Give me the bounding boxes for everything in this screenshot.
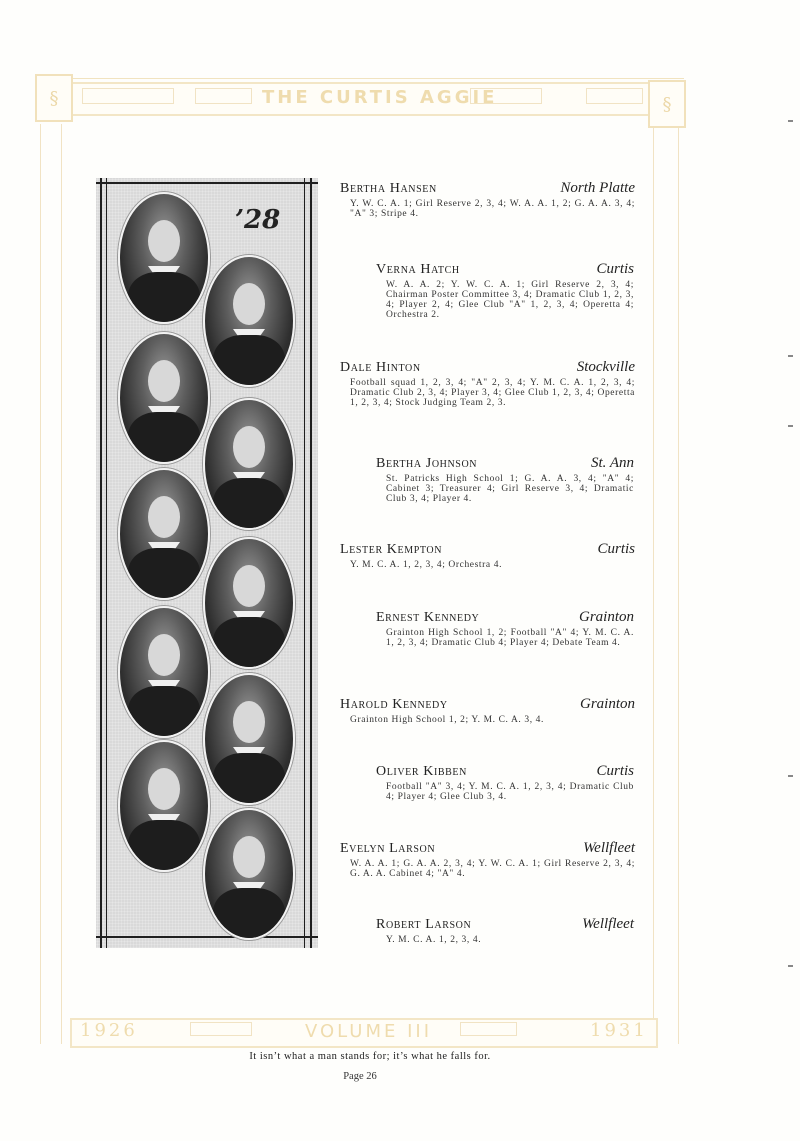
portrait-lester-kempton <box>118 468 210 600</box>
banner-slot <box>470 88 542 104</box>
senior-activities: W. A. A. 1; G. A. A. 2, 3, 4; Y. W. C. A… <box>350 859 635 879</box>
senior-entry: Bertha JohnsonSt. Ann St. Patricks High … <box>376 455 634 504</box>
senior-name: Harold Kennedy <box>340 697 448 713</box>
senior-hometown: St. Ann <box>591 455 634 472</box>
senior-activities: Grainton High School 1, 2; Y. M. C. A. 3… <box>350 715 635 725</box>
senior-hometown: Curtis <box>596 261 634 278</box>
senior-entry: Bertha HansenNorth Platte Y. W. C. A. 1;… <box>340 180 635 219</box>
portrait-robert-larson <box>203 808 295 940</box>
senior-entry: Ernest KennedyGrainton Grainton High Sch… <box>376 609 634 648</box>
monogram-medallion-left: § <box>35 74 73 122</box>
monogram-medallion-right: § <box>648 80 686 128</box>
portrait-verna-hatch <box>203 255 295 387</box>
senior-activities: Football squad 1, 2, 3, 4; "A" 2, 3, 4; … <box>350 378 635 408</box>
footer-quote: It isn’t what a man stands for; it’s wha… <box>0 1051 740 1062</box>
senior-activities: Y. M. C. A. 1, 2, 3, 4; Orchestra 4. <box>350 560 635 570</box>
senior-entry: Lester KemptonCurtis Y. M. C. A. 1, 2, 3… <box>340 541 635 570</box>
senior-entry: Dale HintonStockville Football squad 1, … <box>340 359 635 408</box>
senior-activities: Grainton High School 1, 2; Football "A" … <box>386 628 634 648</box>
scan-edge-mark <box>788 965 793 967</box>
senior-entry: Harold KennedyGrainton Grainton High Sch… <box>340 696 635 725</box>
senior-hometown: Grainton <box>579 609 634 626</box>
banner-slot <box>82 88 174 104</box>
senior-activities: Y. M. C. A. 1, 2, 3, 4. <box>386 935 634 945</box>
banner-slot <box>586 88 643 104</box>
portrait-evelyn-larson <box>118 740 210 872</box>
portrait-dale-hinton <box>118 332 210 464</box>
senior-entry: Robert LarsonWellfleet Y. M. C. A. 1, 2,… <box>376 916 634 945</box>
panel-rule <box>304 178 305 948</box>
monogram-icon: § <box>663 94 672 115</box>
frame-outer-border <box>40 78 684 79</box>
senior-name: Robert Larson <box>376 917 471 933</box>
senior-hometown: Curtis <box>596 763 634 780</box>
publication-title: THE CURTIS AGGIE <box>262 87 497 108</box>
end-year: 1931 <box>590 1020 648 1041</box>
start-year: 1926 <box>80 1020 138 1041</box>
senior-activities: Y. W. C. A. 1; Girl Reserve 2, 3, 4; W. … <box>350 199 635 219</box>
frame-pillar-left <box>40 124 62 1044</box>
portrait-bertha-johnson <box>203 398 295 530</box>
panel-rule <box>310 178 312 948</box>
portrait-ernest-kennedy <box>203 537 295 669</box>
senior-name: Lester Kempton <box>340 542 442 558</box>
senior-activities: St. Patricks High School 1; G. A. A. 3, … <box>386 474 634 504</box>
senior-entry: Evelyn LarsonWellfleet W. A. A. 1; G. A.… <box>340 840 635 879</box>
panel-rule <box>96 182 318 184</box>
portrait-bertha-hansen <box>118 192 210 324</box>
banner-slot <box>190 1022 252 1036</box>
scan-edge-mark <box>788 775 793 777</box>
senior-name: Evelyn Larson <box>340 841 435 857</box>
class-year-label: ’28 <box>235 205 280 235</box>
senior-name: Bertha Johnson <box>376 456 477 472</box>
senior-hometown: Wellfleet <box>582 916 634 933</box>
senior-entry: Verna HatchCurtis W. A. A. 2; Y. W. C. A… <box>376 261 634 320</box>
senior-hometown: Wellfleet <box>583 840 635 857</box>
senior-hometown: Grainton <box>580 696 635 713</box>
panel-rule <box>106 178 107 948</box>
panel-rule <box>100 178 102 948</box>
senior-name: Verna Hatch <box>376 262 460 278</box>
banner-slot <box>460 1022 517 1036</box>
frame-pillar-right <box>653 128 679 1044</box>
banner-slot <box>195 88 252 104</box>
senior-hometown: North Platte <box>560 180 635 197</box>
scan-edge-mark <box>788 355 793 357</box>
senior-name: Dale Hinton <box>340 360 421 376</box>
volume-label: VOLUME III <box>305 1021 432 1042</box>
senior-activities: Football "A" 3, 4; Y. M. C. A. 1, 2, 3, … <box>386 782 634 802</box>
page-number: Page 26 <box>0 1071 720 1082</box>
senior-hometown: Stockville <box>577 359 635 376</box>
senior-hometown: Curtis <box>597 541 635 558</box>
scan-edge-mark <box>788 120 793 122</box>
senior-name: Oliver Kibben <box>376 764 467 780</box>
monogram-icon: § <box>50 88 59 109</box>
senior-name: Bertha Hansen <box>340 181 437 197</box>
scan-edge-mark <box>788 425 793 427</box>
senior-entry: Oliver KibbenCurtis Football "A" 3, 4; Y… <box>376 763 634 802</box>
portrait-harold-kennedy <box>118 606 210 738</box>
portrait-oliver-kibben <box>203 673 295 805</box>
senior-activities: W. A. A. 2; Y. W. C. A. 1; Girl Reserve … <box>386 280 634 320</box>
senior-name: Ernest Kennedy <box>376 610 479 626</box>
